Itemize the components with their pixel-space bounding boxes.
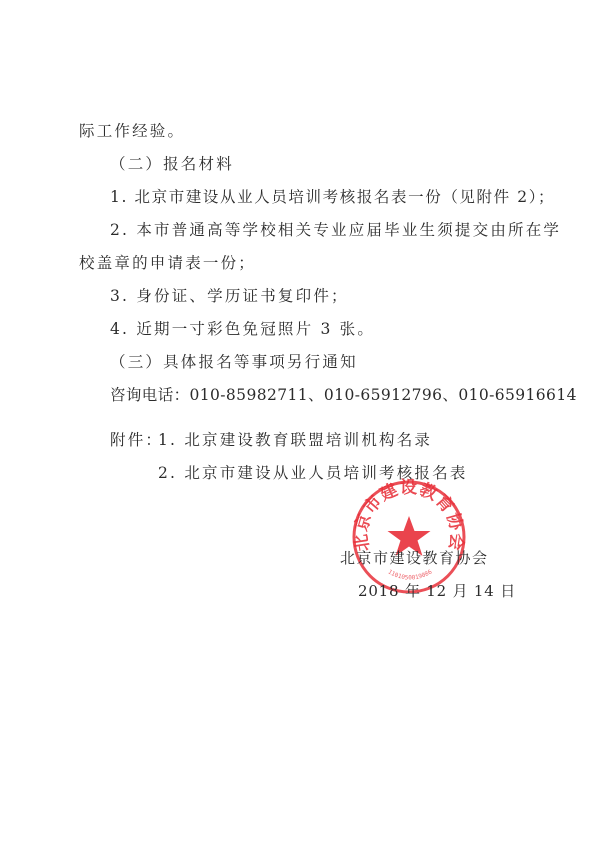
paragraph-line: 际工作经验。: [79, 121, 185, 141]
attachment-item: 1. 北京建设教育联盟培训机构名录: [158, 430, 432, 450]
signature-organization: 北京市建设教育协会: [340, 547, 489, 568]
attachments-label: 附件：: [110, 430, 163, 450]
signature-date: 2018 年 12 月 14 日: [358, 580, 516, 601]
list-item: 3. 身份证、学历证书复印件；: [110, 286, 349, 306]
document-page: 际工作经验。 （二）报名材料 1. 北京市建设从业人员培训考核报名表一份（见附件…: [0, 0, 600, 848]
list-item: 2. 本市普通高等学校相关专业应届毕业生须提交由所在学: [110, 220, 561, 240]
official-seal-icon: 北京市建设教育协会 1101050019086: [350, 478, 468, 596]
section-heading: （三）具体报名等事项另行通知: [110, 352, 358, 372]
section-heading: （二）报名材料: [110, 154, 234, 174]
list-item: 4. 近期一寸彩色免冠照片 3 张。: [110, 319, 375, 339]
paragraph-line: 校盖章的申请表一份；: [79, 253, 256, 273]
contact-phone: 咨询电话：010-85982711、010-65912796、010-65916…: [110, 385, 577, 405]
list-item: 1. 北京市建设从业人员培训考核报名表一份（见附件 2）；: [110, 187, 555, 207]
